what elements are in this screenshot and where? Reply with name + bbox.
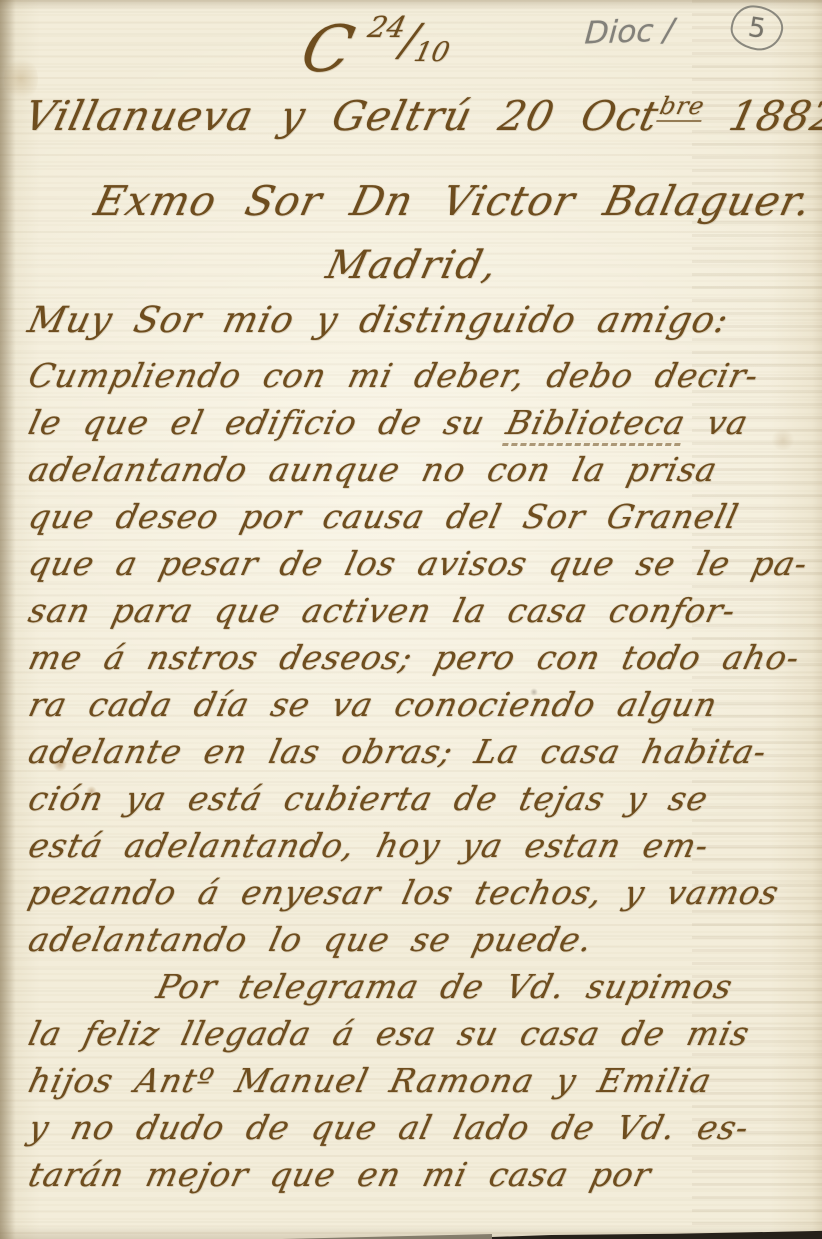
paper-edge-left xyxy=(0,0,16,1239)
body-line-paragraph-start: Por telegrama de Vd. supimos xyxy=(24,963,821,1010)
body-line: que a pesar de los avisos que se le pa- xyxy=(24,540,821,587)
recipient-line: Exmo Sor Dn Victor Balaguer. xyxy=(90,177,816,225)
body-line-with-underline: le que el edificio de su Biblioteca va xyxy=(24,399,821,446)
ink-reference-denominator: 10 xyxy=(411,37,453,68)
dateline-text: Villanueva y Geltrú 20 Oct xyxy=(20,92,664,140)
body-line: la feliz llegada á esa su casa de mis xyxy=(24,1010,821,1057)
dateline: Villanueva y Geltrú 20 Octbre 1882. xyxy=(20,92,822,140)
letter-scan-page: C 24/10 Dioc / 5 Villanueva y Geltrú 20 … xyxy=(0,0,822,1239)
dateline-year: 1882. xyxy=(697,92,822,140)
body-line: hijos Antº Manuel Ramona y Emilia xyxy=(24,1057,821,1104)
body-line: adelantando lo que se puede. xyxy=(24,916,821,963)
body-line: tarán mejor que en mi casa por xyxy=(24,1151,821,1198)
body-line: Cumpliendo con mi deber, debo decir- xyxy=(24,352,821,399)
body-line: que deseo por causa del Sor Granell xyxy=(24,493,821,540)
ink-reference-number: C 24/10 xyxy=(296,10,459,80)
body-line: y no dudo de que al lado de Vd. es- xyxy=(24,1104,821,1151)
body-line-post: va xyxy=(681,403,753,442)
body-line: está adelantando, hoy ya estan em- xyxy=(24,822,821,869)
body-line: pezando á enyesar los techos, y vamos xyxy=(24,869,821,916)
pencil-archival-note: Dioc / xyxy=(584,12,676,51)
body-line: adelante en las obras; La casa habita- xyxy=(24,728,821,775)
body-line: ción ya está cubierta de tejas y se xyxy=(24,775,821,822)
salutation: Muy Sor mio y distinguido amigo: xyxy=(24,300,733,341)
body-line-pre: le que el edificio de su xyxy=(25,403,512,442)
body-line: ra cada día se va conociendo algun xyxy=(24,681,821,728)
underlined-word-biblioteca: Biblioteca xyxy=(502,403,690,446)
circled-page-number-value: 5 xyxy=(746,11,768,44)
dateline-month-superscript: bre xyxy=(657,92,708,122)
body-line: san para que activen la casa confor- xyxy=(24,587,821,634)
paper-edge-top xyxy=(0,0,822,10)
body-line: me á nstros deseos; pero con todo aho- xyxy=(24,634,821,681)
recipient-city: Madrid, xyxy=(322,243,503,288)
body-line: adelantando aunque no con la prisa xyxy=(24,446,821,493)
letter-body: Cumpliendo con mi deber, debo decir- le … xyxy=(24,352,810,1198)
